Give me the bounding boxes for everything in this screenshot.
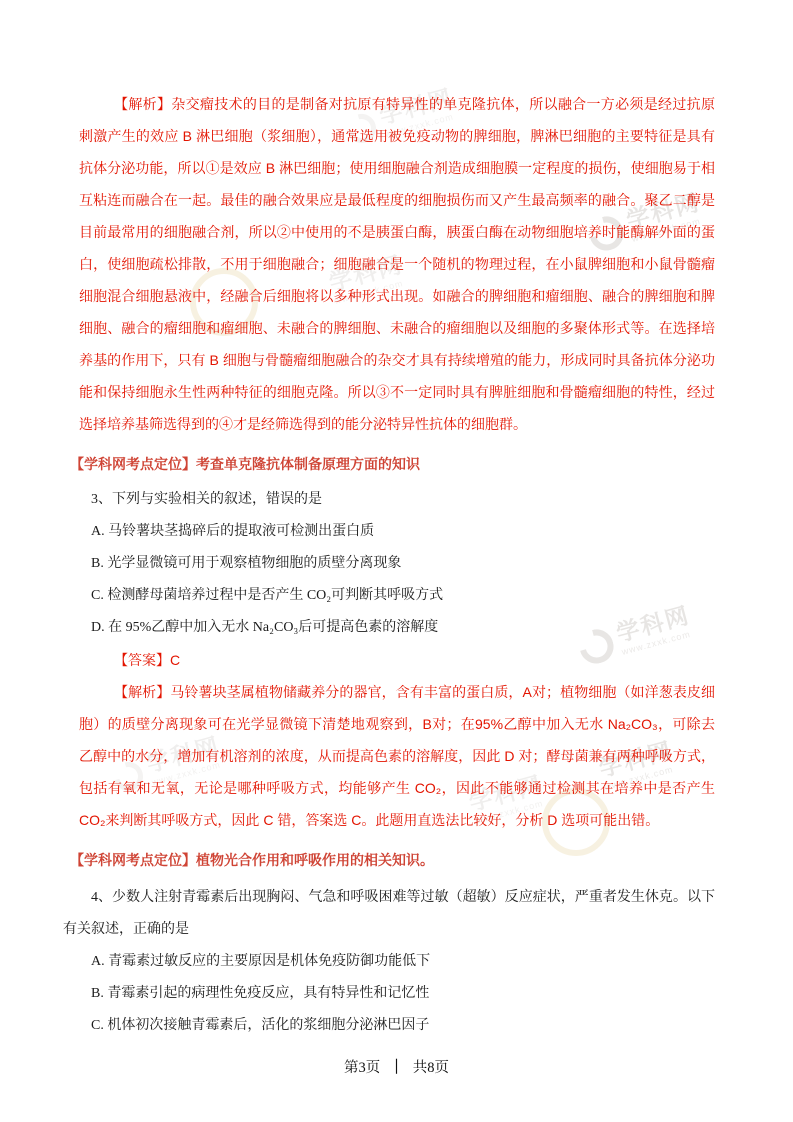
answer-line-q3: 【答案】C [79, 644, 715, 676]
analysis-paragraph-q3: 【解析】马铃薯块茎属植物储藏养分的器官，含有丰富的蛋白质，A对；植物细胞（如洋葱… [79, 676, 715, 836]
question-4-option-c: C. 机体初次接触青霉素后，活化的浆细胞分泌淋巴因子 [63, 1010, 715, 1042]
exam-point-locator-q2: 【学科网考点定位】考查单克隆抗体制备原理方面的知识 [70, 450, 715, 482]
question-3-option-b: B. 光学显微镜可用于观察植物细胞的质壁分离现象 [63, 548, 715, 580]
question-4-stem: 4、少数人注射青霉素后出现胸闷、气急和呼吸困难等过敏（超敏）反应症状，严重者发生… [63, 882, 715, 946]
footer-total-pages: 共8页 [413, 1060, 449, 1076]
exam-point-locator-q3: 【学科网考点定位】植物光合作用和呼吸作用的相关知识。 [70, 846, 715, 878]
footer-page-number: 第3页 [344, 1060, 380, 1076]
question-3-option-a: A. 马铃薯块茎捣碎后的提取液可检测出蛋白质 [63, 516, 715, 548]
footer-separator: ｜ [389, 1060, 404, 1076]
analysis-paragraph-q2: 【解析】杂交瘤技术的目的是制备对抗原有特异性的单克隆抗体，所以融合一方必须是经过… [79, 88, 715, 440]
question-4-option-b: B. 青霉素引起的病理性免疫反应，具有特异性和记忆性 [63, 978, 715, 1010]
question-4-option-a: A. 青霉素过敏反应的主要原因是机体免疫防御功能低下 [63, 946, 715, 978]
question-3-option-c: C. 检测酵母菌培养过程中是否产生 CO₂可判断其呼吸方式 [63, 580, 715, 612]
question-3-stem: 3、下列与实验相关的叙述，错误的是 [63, 484, 715, 516]
document-page: 学科网www.zxxk.com 学科网www.zxxk.com 学科网www.z… [0, 0, 793, 1122]
question-3-option-d: D. 在 95%乙醇中加入无水 Na₂CO₃后可提高色素的溶解度 [63, 612, 715, 644]
document-content: 【解析】杂交瘤技术的目的是制备对抗原有特异性的单克隆抗体，所以融合一方必须是经过… [0, 0, 793, 1080]
page-footer: 第3页｜共8页 [0, 1056, 793, 1080]
